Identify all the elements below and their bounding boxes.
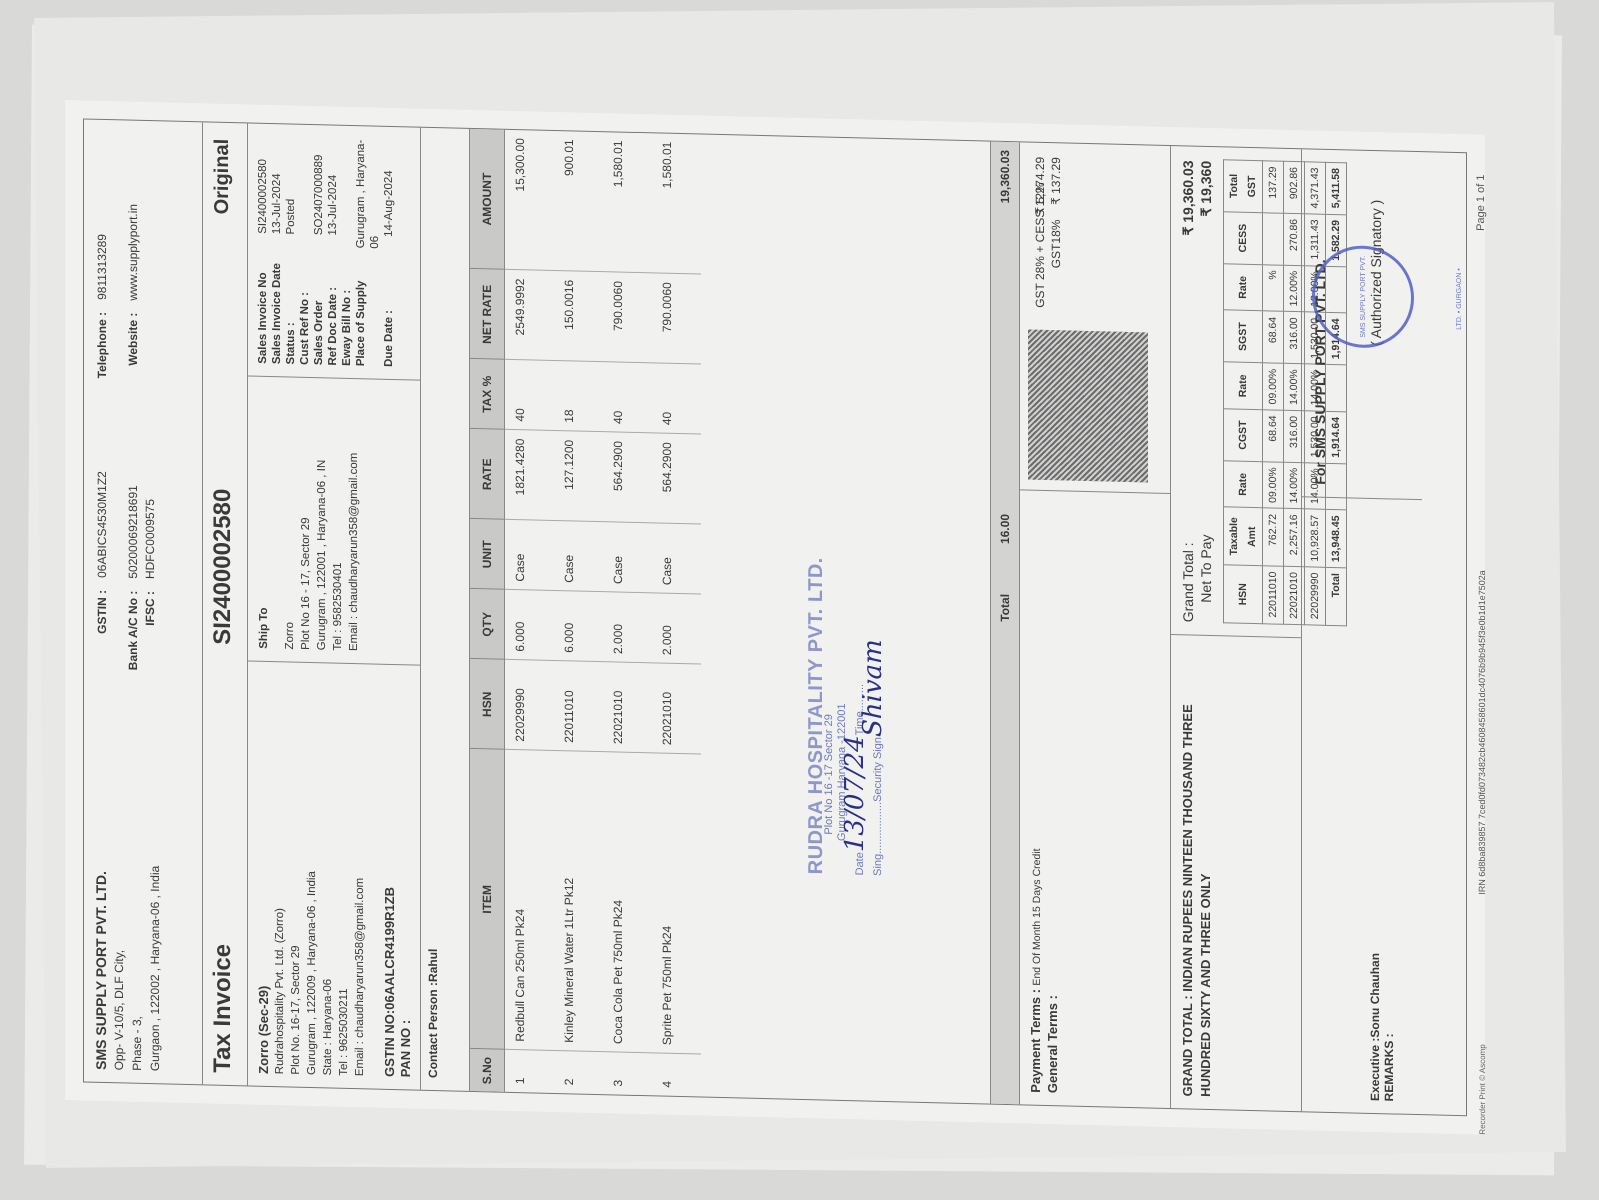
hsn-column-header: Rate bbox=[1224, 264, 1263, 312]
ship-to-line: Zorro bbox=[282, 389, 298, 649]
total-label: Total bbox=[998, 594, 1012, 1104]
table-cell: 40 bbox=[505, 360, 555, 431]
website-value: www.supplyport.in bbox=[126, 204, 140, 301]
ship-to-line: Gurugram , 122001 , Haryana-06 , IN bbox=[314, 390, 330, 650]
hsn-column-header: Total GST bbox=[1224, 160, 1263, 213]
website-label: Website : bbox=[125, 312, 142, 392]
footer-section: Executive :Sonu Chauhan REMARKS : For SM… bbox=[1302, 149, 1422, 1114]
hsn-column-header: HSN bbox=[1224, 565, 1263, 624]
meta-value: SI2400002580 bbox=[256, 159, 270, 234]
executive-name: Executive :Sonu Chauhan bbox=[1368, 511, 1382, 1101]
hsn-cell: 762.72 bbox=[1263, 508, 1284, 566]
table-cell: 1821.4280 bbox=[505, 430, 555, 521]
invoice-meta-row: Ref Doc Date :13-Jul-2024 bbox=[326, 137, 340, 365]
powered-by: Recorder Print © Ascomp bbox=[1478, 1044, 1487, 1135]
meta-value: Gurugram , Haryana-06 bbox=[354, 138, 382, 249]
invoice-meta-row: Cust Ref No : bbox=[298, 137, 312, 365]
table-cell: 22029990 bbox=[505, 660, 555, 751]
meta-label: Cust Ref No : bbox=[298, 235, 312, 365]
receiver-date-handwritten: 13/07/24 bbox=[840, 735, 870, 853]
bill-to-line: Rudrahospitality Pvt. Ltd. (Zorro) bbox=[272, 674, 288, 1074]
table-row: 2Kinley Mineral Water 1Ltr Pk12220110106… bbox=[554, 131, 603, 1094]
remarks-label: REMARKS : bbox=[1382, 511, 1396, 1101]
tax-note-value1: ₹ 5,274.29 bbox=[1032, 157, 1048, 215]
ship-to-heading: Ship To bbox=[256, 389, 272, 649]
column-header: AMOUNT bbox=[470, 129, 505, 270]
receiver-signature: Shivam bbox=[858, 639, 888, 737]
column-header: QTY bbox=[470, 589, 505, 660]
hsn-row: 22011010762.7209.00%68.6409.00%68.64%137… bbox=[1263, 161, 1284, 624]
hsn-cell: 22029990 bbox=[1305, 567, 1326, 625]
table-cell: 4 bbox=[652, 1053, 701, 1096]
seller-address-1: Opp- V-10/5, DLF City, bbox=[110, 865, 128, 1071]
telephone-value: 9811313289 bbox=[95, 234, 109, 300]
table-row: 3Coca Cola Pet 750ml Pk24220210102.000Ca… bbox=[603, 132, 652, 1095]
meta-label: Sales Invoice No bbox=[256, 234, 270, 364]
table-cell: 22021010 bbox=[652, 663, 701, 754]
ship-to-line: Email : chaudharyarun358@gmail.com bbox=[346, 391, 362, 651]
table-cell: Case bbox=[505, 520, 555, 591]
invoice-page: SMS SUPPLY PORT PVT. LTD. Opp- V-10/5, D… bbox=[65, 100, 1485, 1135]
receiver-stamp: RUDRA HOSPITALITY PVT. LTD. Plot No 16 -… bbox=[810, 557, 885, 876]
table-cell: 1,580.01 bbox=[652, 133, 701, 274]
ship-to-line: Plot No 16 - 17, Sector 29 bbox=[298, 390, 314, 650]
seller-name: SMS SUPPLY PORT PVT. LTD. bbox=[92, 864, 110, 1070]
bank-value: 50200069218691 bbox=[126, 485, 140, 579]
tax-note-value2: ₹ 137.29 bbox=[1048, 157, 1064, 215]
terms-block: Payment Terms : End Of Month 15 Days Cre… bbox=[1020, 489, 1170, 1108]
contact-row: Contact Person :Rahul bbox=[421, 128, 470, 1091]
meta-value: Posted bbox=[284, 199, 298, 235]
meta-value: SO2407000889 bbox=[312, 154, 326, 235]
hsn-cell: 22011010 bbox=[1263, 566, 1284, 624]
seller-tax-info: GSTIN :06ABICS4530M1Z2 Bank A/C No :5020… bbox=[94, 471, 159, 683]
net-to-pay-value: ₹ 19,360 bbox=[1197, 161, 1215, 237]
hsn-cell: 68.64 bbox=[1263, 410, 1284, 462]
table-cell: 40 bbox=[603, 362, 652, 433]
table-cell: Sprite Pet 750ml Pk24 bbox=[652, 753, 701, 1054]
table-cell: Redbull Can 250ml Pk24 bbox=[505, 750, 555, 1051]
seller-contact: Telephone :9811313289 Website :www.suppl… bbox=[94, 203, 142, 393]
table-cell: 2.000 bbox=[603, 592, 652, 663]
hsn-cell: % bbox=[1263, 265, 1284, 312]
parties-section: Zorro (Sec-29) Rudrahospitality Pvt. Ltd… bbox=[248, 123, 421, 1089]
bill-to-line: State : Haryana-06 bbox=[320, 675, 336, 1075]
invoice-meta-row: Due Date :14-Aug-2024 bbox=[382, 139, 396, 367]
column-header: ITEM bbox=[470, 749, 505, 1050]
hsn-cell: Total bbox=[1326, 567, 1347, 625]
table-cell: Case bbox=[554, 521, 603, 592]
hsn-column-header: Rate bbox=[1224, 461, 1263, 509]
receiver-date-label: Date bbox=[854, 852, 866, 876]
items-table: S.NoITEMHSNQTYUNITRATETAX %NET RATEAMOUN… bbox=[470, 129, 701, 1097]
seller-info: SMS SUPPLY PORT PVT. LTD. Opp- V-10/5, D… bbox=[92, 864, 164, 1071]
invoice-header: SMS SUPPLY PORT PVT. LTD. Opp- V-10/5, D… bbox=[84, 119, 203, 1084]
page-number: Page 1 of 1 bbox=[1475, 174, 1487, 231]
title-row: Tax Invoice SI2400002580 Original bbox=[203, 122, 248, 1085]
meta-label: Eway Bill No : bbox=[340, 236, 354, 366]
bill-to: Zorro (Sec-29) Rudrahospitality Pvt. Ltd… bbox=[248, 660, 420, 1089]
buyer-gstin: GSTIN NO:06AALCR4199R1ZB bbox=[382, 677, 398, 1077]
column-header: RATE bbox=[470, 429, 505, 520]
hsn-cell: 09.00% bbox=[1263, 462, 1284, 509]
meta-value: 13-Jul-2024 bbox=[326, 175, 340, 236]
invoice-meta-row: Sales Invoice Date13-Jul-2024 bbox=[270, 136, 284, 364]
total-qty: 16.00 bbox=[998, 514, 1012, 594]
hsn-cell: 13,948.45 bbox=[1326, 510, 1347, 568]
hsn-column-header: SGST bbox=[1224, 310, 1263, 363]
qr-code bbox=[1028, 330, 1148, 483]
grand-total-section: GRAND TOTAL : INDIAN RUPEES NINTEEN THOU… bbox=[1171, 146, 1302, 1111]
table-cell: 2549.9992 bbox=[505, 270, 555, 361]
column-header: HSN bbox=[470, 659, 505, 750]
meta-label: Status : bbox=[284, 234, 298, 364]
bill-to-line: Plot No. 16-17, Sector 29 bbox=[288, 674, 304, 1074]
table-cell: 22011010 bbox=[554, 661, 603, 752]
table-cell: Coca Cola Pet 750ml Pk24 bbox=[603, 752, 652, 1053]
ifsc-label: IFSC : bbox=[142, 591, 159, 683]
invoice-frame: SMS SUPPLY PORT PVT. LTD. Opp- V-10/5, D… bbox=[83, 118, 1467, 1116]
document-number: SI2400002580 bbox=[209, 488, 237, 645]
invoice-meta-row: Sales OrderSO2407000889 bbox=[312, 137, 326, 365]
signatory-block: For SMS SUPPLY PORT PVT. LTD. SMS SUPPLY… bbox=[1302, 149, 1422, 499]
bill-to-line: Tel : 9625030211 bbox=[336, 676, 352, 1076]
table-cell: 2 bbox=[554, 1051, 603, 1094]
items-section: S.NoITEMHSNQTYUNITRATETAX %NET RATEAMOUN… bbox=[470, 129, 991, 1104]
meta-label: Due Date : bbox=[382, 237, 396, 367]
column-header: S.No bbox=[470, 1049, 505, 1092]
receiver-company: RUDRA HOSPITALITY PVT. LTD. bbox=[810, 557, 823, 875]
tax-note: GST 28% + CESS 12% GST18% ₹ 5,274.29 ₹ 1… bbox=[1020, 142, 1170, 323]
table-row: 4Sprite Pet 750ml Pk24220210102.000Case5… bbox=[652, 133, 701, 1096]
table-cell: 1 bbox=[505, 1050, 555, 1093]
invoice-meta-row: Status :Posted bbox=[284, 136, 298, 364]
gstin-value: 06ABICS4530M1Z2 bbox=[95, 471, 109, 578]
table-cell: 3 bbox=[603, 1052, 652, 1095]
receiver-sign-label: Sing.................Security Sign bbox=[872, 737, 884, 876]
meta-value: 13-Jul-2024 bbox=[270, 173, 284, 234]
grand-total-value: ₹ 19,360.03 bbox=[1179, 160, 1197, 236]
hsn-column-header: Rate bbox=[1224, 362, 1263, 410]
buyer-pan: PAN NO : bbox=[398, 677, 414, 1077]
meta-label: Sales Order bbox=[312, 235, 326, 365]
hsn-cell: 22021010 bbox=[1284, 566, 1305, 624]
telephone-label: Telephone : bbox=[94, 312, 111, 392]
general-terms-label: General Terms : bbox=[1045, 503, 1061, 1093]
ship-to: Ship To Zorro Plot No 16 - 17, Sector 29… bbox=[248, 375, 420, 664]
bill-to-line: Gurugram , 122009 , Haryana-06 , India bbox=[304, 675, 320, 1075]
table-cell: 6.000 bbox=[554, 591, 603, 662]
payment-terms-value: End Of Month 15 Days Credit bbox=[1031, 848, 1043, 985]
table-cell: 790.0060 bbox=[603, 272, 652, 363]
table-cell: 22021010 bbox=[603, 662, 652, 753]
table-cell: 150.0016 bbox=[554, 271, 603, 362]
ifsc-value: HDFC0009575 bbox=[143, 499, 157, 579]
document-title: Tax Invoice bbox=[209, 944, 237, 1074]
column-header: NET RATE bbox=[470, 269, 505, 360]
seller-address-2: Phase - 3, bbox=[128, 865, 146, 1071]
grand-total-block: Grand Total : Net To Pay ₹ 19,360.03 ₹ 1… bbox=[1171, 146, 1301, 637]
terms-section: Payment Terms : End Of Month 15 Days Cre… bbox=[1020, 142, 1171, 1108]
total-amount: 19,360.03 bbox=[998, 142, 1012, 514]
hsn-cell: 137.29 bbox=[1263, 161, 1284, 213]
table-cell: 900.01 bbox=[554, 131, 603, 272]
table-cell: 18 bbox=[554, 361, 603, 432]
table-cell: 2.000 bbox=[652, 593, 701, 664]
table-cell: 564.2900 bbox=[652, 433, 701, 524]
table-row: 1Redbull Can 250ml Pk24220299906.000Case… bbox=[505, 130, 555, 1093]
table-cell: Kinley Mineral Water 1Ltr Pk12 bbox=[554, 751, 603, 1052]
amount-in-words: GRAND TOTAL : INDIAN RUPEES NINTEEN THOU… bbox=[1171, 634, 1301, 1111]
table-cell: 1,580.01 bbox=[603, 132, 652, 273]
payment-terms-label: Payment Terms : bbox=[1028, 989, 1043, 1093]
invoice-meta-row: Eway Bill No : bbox=[340, 138, 354, 366]
seal-text: SMS SUPPLY PORT PVT. LTD. • GURGAON • bbox=[1360, 256, 1463, 338]
hsn-cell: 10,928.57 bbox=[1305, 509, 1326, 567]
hsn-column-header: CGST bbox=[1224, 409, 1263, 462]
invoice-meta-row: Place of SupplyGurugram , Haryana-06 bbox=[354, 138, 382, 367]
table-cell: 564.2900 bbox=[603, 432, 652, 523]
meta-value: 14-Aug-2024 bbox=[382, 170, 396, 237]
column-header: UNIT bbox=[470, 519, 505, 590]
table-cell: 790.0060 bbox=[652, 273, 701, 364]
table-cell: 6.000 bbox=[505, 590, 555, 661]
bill-to-heading: Zorro (Sec-29) bbox=[256, 674, 272, 1074]
gstin-label: GSTIN : bbox=[94, 590, 111, 682]
hsn-cell: 68.64 bbox=[1263, 311, 1284, 363]
irn-number: IRN 6d8ba839857 7ced0fd073482cb460845860… bbox=[1477, 570, 1487, 895]
table-cell: Case bbox=[603, 522, 652, 593]
meta-label: Sales Invoice Date bbox=[270, 234, 284, 364]
contact-person: Contact Person :Rahul bbox=[425, 140, 441, 1078]
table-cell: Case bbox=[652, 523, 701, 594]
hsn-cell: 2,257.16 bbox=[1284, 509, 1305, 567]
table-cell: 127.1200 bbox=[554, 431, 603, 522]
hsn-column-header: CESS bbox=[1224, 212, 1263, 265]
ship-to-line: Tel : 9582530401 bbox=[330, 390, 346, 650]
items-total-row: Total 16.00 19,360.03 bbox=[991, 142, 1020, 1105]
seller-address-3: Gurgaon , 122002 , Haryana-06 , India bbox=[146, 865, 164, 1071]
meta-label: Ref Doc Date : bbox=[326, 235, 340, 365]
table-cell: 15,300.00 bbox=[505, 130, 555, 271]
table-cell: 40 bbox=[652, 363, 701, 434]
hsn-cell bbox=[1263, 213, 1284, 265]
hsn-column-header: Taxable Amt bbox=[1224, 507, 1263, 566]
hsn-cell: 09.00% bbox=[1263, 363, 1284, 410]
bank-label: Bank A/C No : bbox=[125, 590, 142, 682]
invoice-meta-row: Sales Invoice NoSI2400002580 bbox=[256, 136, 270, 364]
document-copy-label: Original bbox=[211, 139, 234, 215]
invoice-meta: Sales Invoice NoSI2400002580Sales Invoic… bbox=[248, 123, 420, 379]
meta-label: Place of Supply bbox=[354, 248, 382, 367]
column-header: TAX % bbox=[470, 359, 505, 430]
bill-to-line: Email : chaudharyarun358@gmail.com bbox=[352, 676, 368, 1076]
